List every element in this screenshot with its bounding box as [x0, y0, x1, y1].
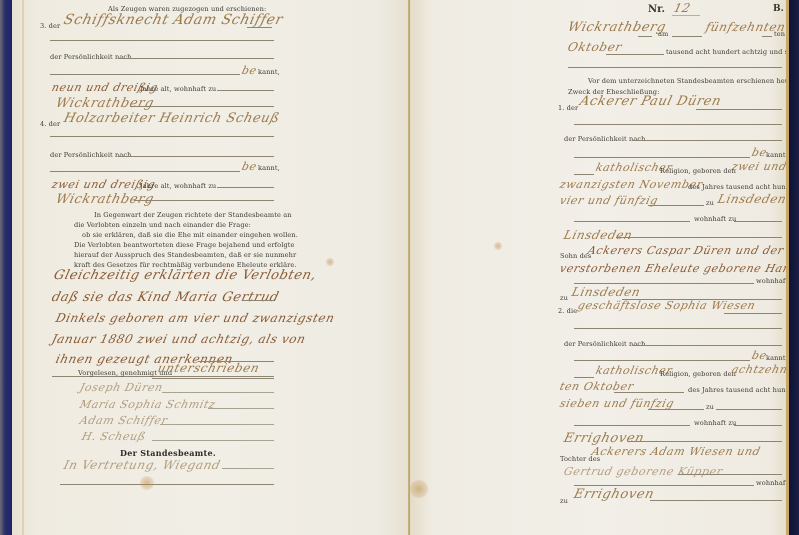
groom-number: 1. der: [558, 104, 578, 112]
rule: [632, 345, 782, 346]
rule: [628, 441, 782, 442]
groom-birth-day-2: zwanzigsten November: [558, 178, 704, 191]
groom-birth-year-label: des Jahres tausend acht hundert: [688, 183, 799, 191]
bride-parents-2: Gertrud geborene Küpper: [562, 465, 724, 478]
paper-stain: [410, 480, 428, 498]
rule: [574, 174, 594, 175]
groom-residence-label: wohnhaft zu: [694, 215, 736, 223]
rule: [247, 27, 272, 28]
witness-4-number: 4. der: [40, 120, 60, 128]
book-cover-left: [0, 0, 12, 535]
right-page: Nr. 12 B. Wickrathberg am fünfzehnten te…: [410, 0, 789, 535]
rule: [734, 221, 782, 222]
witness-4-known-label: kannt,: [258, 164, 280, 172]
groom-birth-place: Linsdeden: [716, 192, 788, 206]
bride-residence-label: wohnhaft zu: [694, 419, 736, 427]
annotation-line: Gleichzeitig erklärten die Verlobten,: [52, 268, 318, 283]
rule: [632, 140, 782, 141]
groom-parents-residence-prefix: zu: [560, 294, 568, 302]
annotation-line: Januar 1880 zwei und achtzig, als von: [50, 332, 307, 346]
bride-parents-residence-label: wohnhaft: [756, 479, 788, 487]
rule: [638, 36, 652, 37]
rule: [50, 74, 240, 75]
witness-3-known-label: kannt,: [258, 68, 280, 76]
signature-bride: Maria Sophia Schmitz: [78, 398, 217, 411]
rule: [574, 425, 690, 426]
signature-witness-4: H. Scheuß: [80, 430, 147, 443]
bride-religion-label: Religion, geboren den: [660, 370, 736, 378]
rule: [50, 40, 274, 41]
rule: [50, 136, 274, 137]
groom-identity-label: der Persönlichkeit nach: [564, 135, 646, 143]
rule: [650, 500, 782, 501]
formula-line: In Gegenwart der Zeugen richtete der Sta…: [94, 211, 292, 219]
registrar-signature: In Vertretung, Wiegand: [62, 458, 222, 472]
bride-residence: Errighoven: [562, 431, 646, 446]
rule: [574, 283, 754, 284]
witness-3-residence: Wickrathberg: [54, 96, 156, 111]
rule: [152, 378, 274, 379]
date-on-label: am: [658, 30, 668, 38]
register-number: 12: [672, 1, 692, 15]
rule: [208, 408, 274, 409]
groom-parents-residence: Linsdeden: [570, 285, 642, 299]
day-suffix: ten: [774, 30, 785, 38]
paper-stain: [140, 476, 154, 490]
rule: [762, 36, 772, 37]
rule: [616, 237, 782, 238]
rule: [648, 409, 704, 410]
groom-birth-place-label: zu: [706, 199, 714, 207]
witness-4-age-label: Jahre alt, wohnhaft zu: [140, 182, 216, 190]
bride-identity-label: der Persönlichkeit nach: [564, 340, 646, 348]
rule: [574, 221, 690, 222]
rule: [568, 67, 782, 68]
bride-birth-day: achtzehn-: [730, 363, 793, 376]
rule: [217, 187, 274, 188]
left-page: Als Zeugen waren zugezogen und erschiene…: [12, 0, 410, 535]
bride-known-label: kannt,: [766, 354, 788, 362]
rule: [574, 360, 750, 361]
witness-4-known-suffix: be: [240, 160, 258, 173]
rule: [118, 58, 274, 59]
month: Oktober: [566, 40, 623, 54]
rule: [222, 468, 274, 469]
groom-birth-day: zwei und: [730, 160, 788, 173]
rule: [50, 171, 240, 172]
rule: [574, 124, 782, 125]
rule: [130, 106, 274, 107]
formula-line: Die Verlobten beantworteten diese Frage …: [74, 241, 295, 249]
rule: [614, 392, 684, 393]
witness-4-identity-label: der Persönlichkeit nach: [50, 151, 132, 159]
formula-line: hierauf der Ausspruch des Standesbeamten…: [74, 251, 296, 259]
groom-parents-residence-label: wohnhaft: [756, 277, 788, 285]
register-spread: Als Zeugen waren zugezogen und erschiene…: [0, 0, 799, 535]
groom-religion-label: Religion, geboren den: [660, 167, 736, 175]
groom-parents: Ackerers Caspar Düren und der: [586, 244, 785, 257]
witness-3-age-label: Jahre alt, wohnhaft zu: [140, 85, 216, 93]
register-series: B.: [773, 4, 784, 14]
rule: [696, 109, 782, 110]
rule: [118, 156, 274, 157]
formula-line: die Verlobten einzeln und nach einander …: [74, 221, 251, 229]
rule: [242, 300, 274, 301]
rule: [678, 474, 782, 475]
rule: [648, 205, 704, 206]
rule: [574, 157, 750, 158]
rule: [606, 54, 664, 55]
witness-3-name: Schiffsknecht Adam Schiffer: [62, 12, 285, 28]
formula-line: ob sie erklären, daß sie die Ehe mit ein…: [82, 231, 298, 239]
bride-parents-residence-prefix: zu: [560, 497, 568, 505]
rule: [574, 485, 754, 486]
rule: [217, 90, 274, 91]
groom-parents-2: verstorbenen Eheleute geborene Hamacher: [558, 262, 799, 275]
register-number-label: Nr.: [648, 4, 665, 15]
bride-birth-place-label: zu: [706, 403, 714, 411]
rule: [724, 313, 782, 314]
witness-4-name: Holzarbeiter Heinrich Scheuß: [62, 111, 281, 126]
witness-3-identity-label: der Persönlichkeit nach: [50, 53, 132, 61]
groom-birth-year: vier und fünfzig: [558, 194, 659, 207]
rule: [60, 484, 274, 485]
rule: [134, 200, 274, 201]
rule: [672, 15, 700, 16]
bride-name: geschäftslose Sophia Wiesen: [576, 299, 757, 312]
bride-parents: Ackerers Adam Wiesen und: [590, 445, 762, 458]
place: Wickrathberg: [566, 20, 668, 35]
rule: [574, 377, 594, 378]
rule: [160, 424, 274, 425]
bride-parents-residence: Errighoven: [572, 487, 656, 502]
rule: [574, 328, 782, 329]
annotation-line: Dinkels geboren am vier und zwanzigsten: [54, 311, 336, 325]
registrar-title: Der Standesbeamte.: [120, 448, 216, 458]
rule: [152, 440, 274, 441]
appearance-line: Vor dem unterzeichneten Standesbeamten e…: [588, 77, 799, 85]
rule: [716, 409, 782, 410]
rule: [734, 425, 782, 426]
rule: [162, 392, 274, 393]
groom-known-label: kannt,: [766, 151, 788, 159]
paper-stain: [326, 258, 334, 266]
bride-number: 2. die: [558, 307, 577, 315]
read-approved-signed: unterschrieben: [156, 361, 261, 375]
bride-birth-year-label: des Jahres tausend acht hundert: [688, 386, 799, 394]
paper-stain: [494, 242, 502, 250]
annotation-line: daß sie das Kind Maria Gertrud: [50, 290, 281, 305]
signature-witness-3: Adam Schiffer: [78, 414, 169, 427]
groom-residence: Linsdeden: [562, 228, 634, 242]
book-cover-right: [789, 0, 799, 535]
rule: [672, 36, 702, 37]
witness-3-number: 3. der: [40, 22, 60, 30]
groom-name: Ackerer Paul Düren: [578, 94, 723, 109]
witness-3-known-suffix: be: [240, 64, 258, 77]
signature-groom: Joseph Düren: [78, 381, 164, 394]
year: tausend acht hundert achtzig und sechs.: [666, 48, 799, 56]
